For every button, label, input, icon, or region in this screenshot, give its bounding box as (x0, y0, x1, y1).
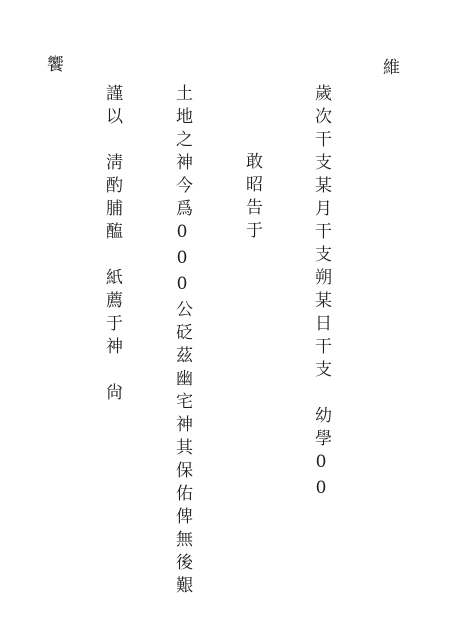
column-date-ganzhi-line: 歲次干支某月干支朔某日干支 幼學00 (312, 84, 329, 504)
column-offering-text: 謹以 淸酌脯醢 紙薦于神 尙 (103, 84, 120, 406)
column-deity-body-text: 土地之神今爲000公砭茲幽宅神其保佑俾無後艱 (173, 84, 190, 599)
column-invocation-opening-wei: 維 (380, 58, 397, 81)
column-invocation-closing-xiang: 饗 (44, 55, 61, 78)
document-page: 維 歲次干支某月干支朔某日干支 幼學00 敢昭告于 土地之神今爲000公砭茲幽宅… (0, 0, 450, 636)
column-announcement-gan-zhao-gao-yu: 敢昭告于 (243, 152, 260, 244)
